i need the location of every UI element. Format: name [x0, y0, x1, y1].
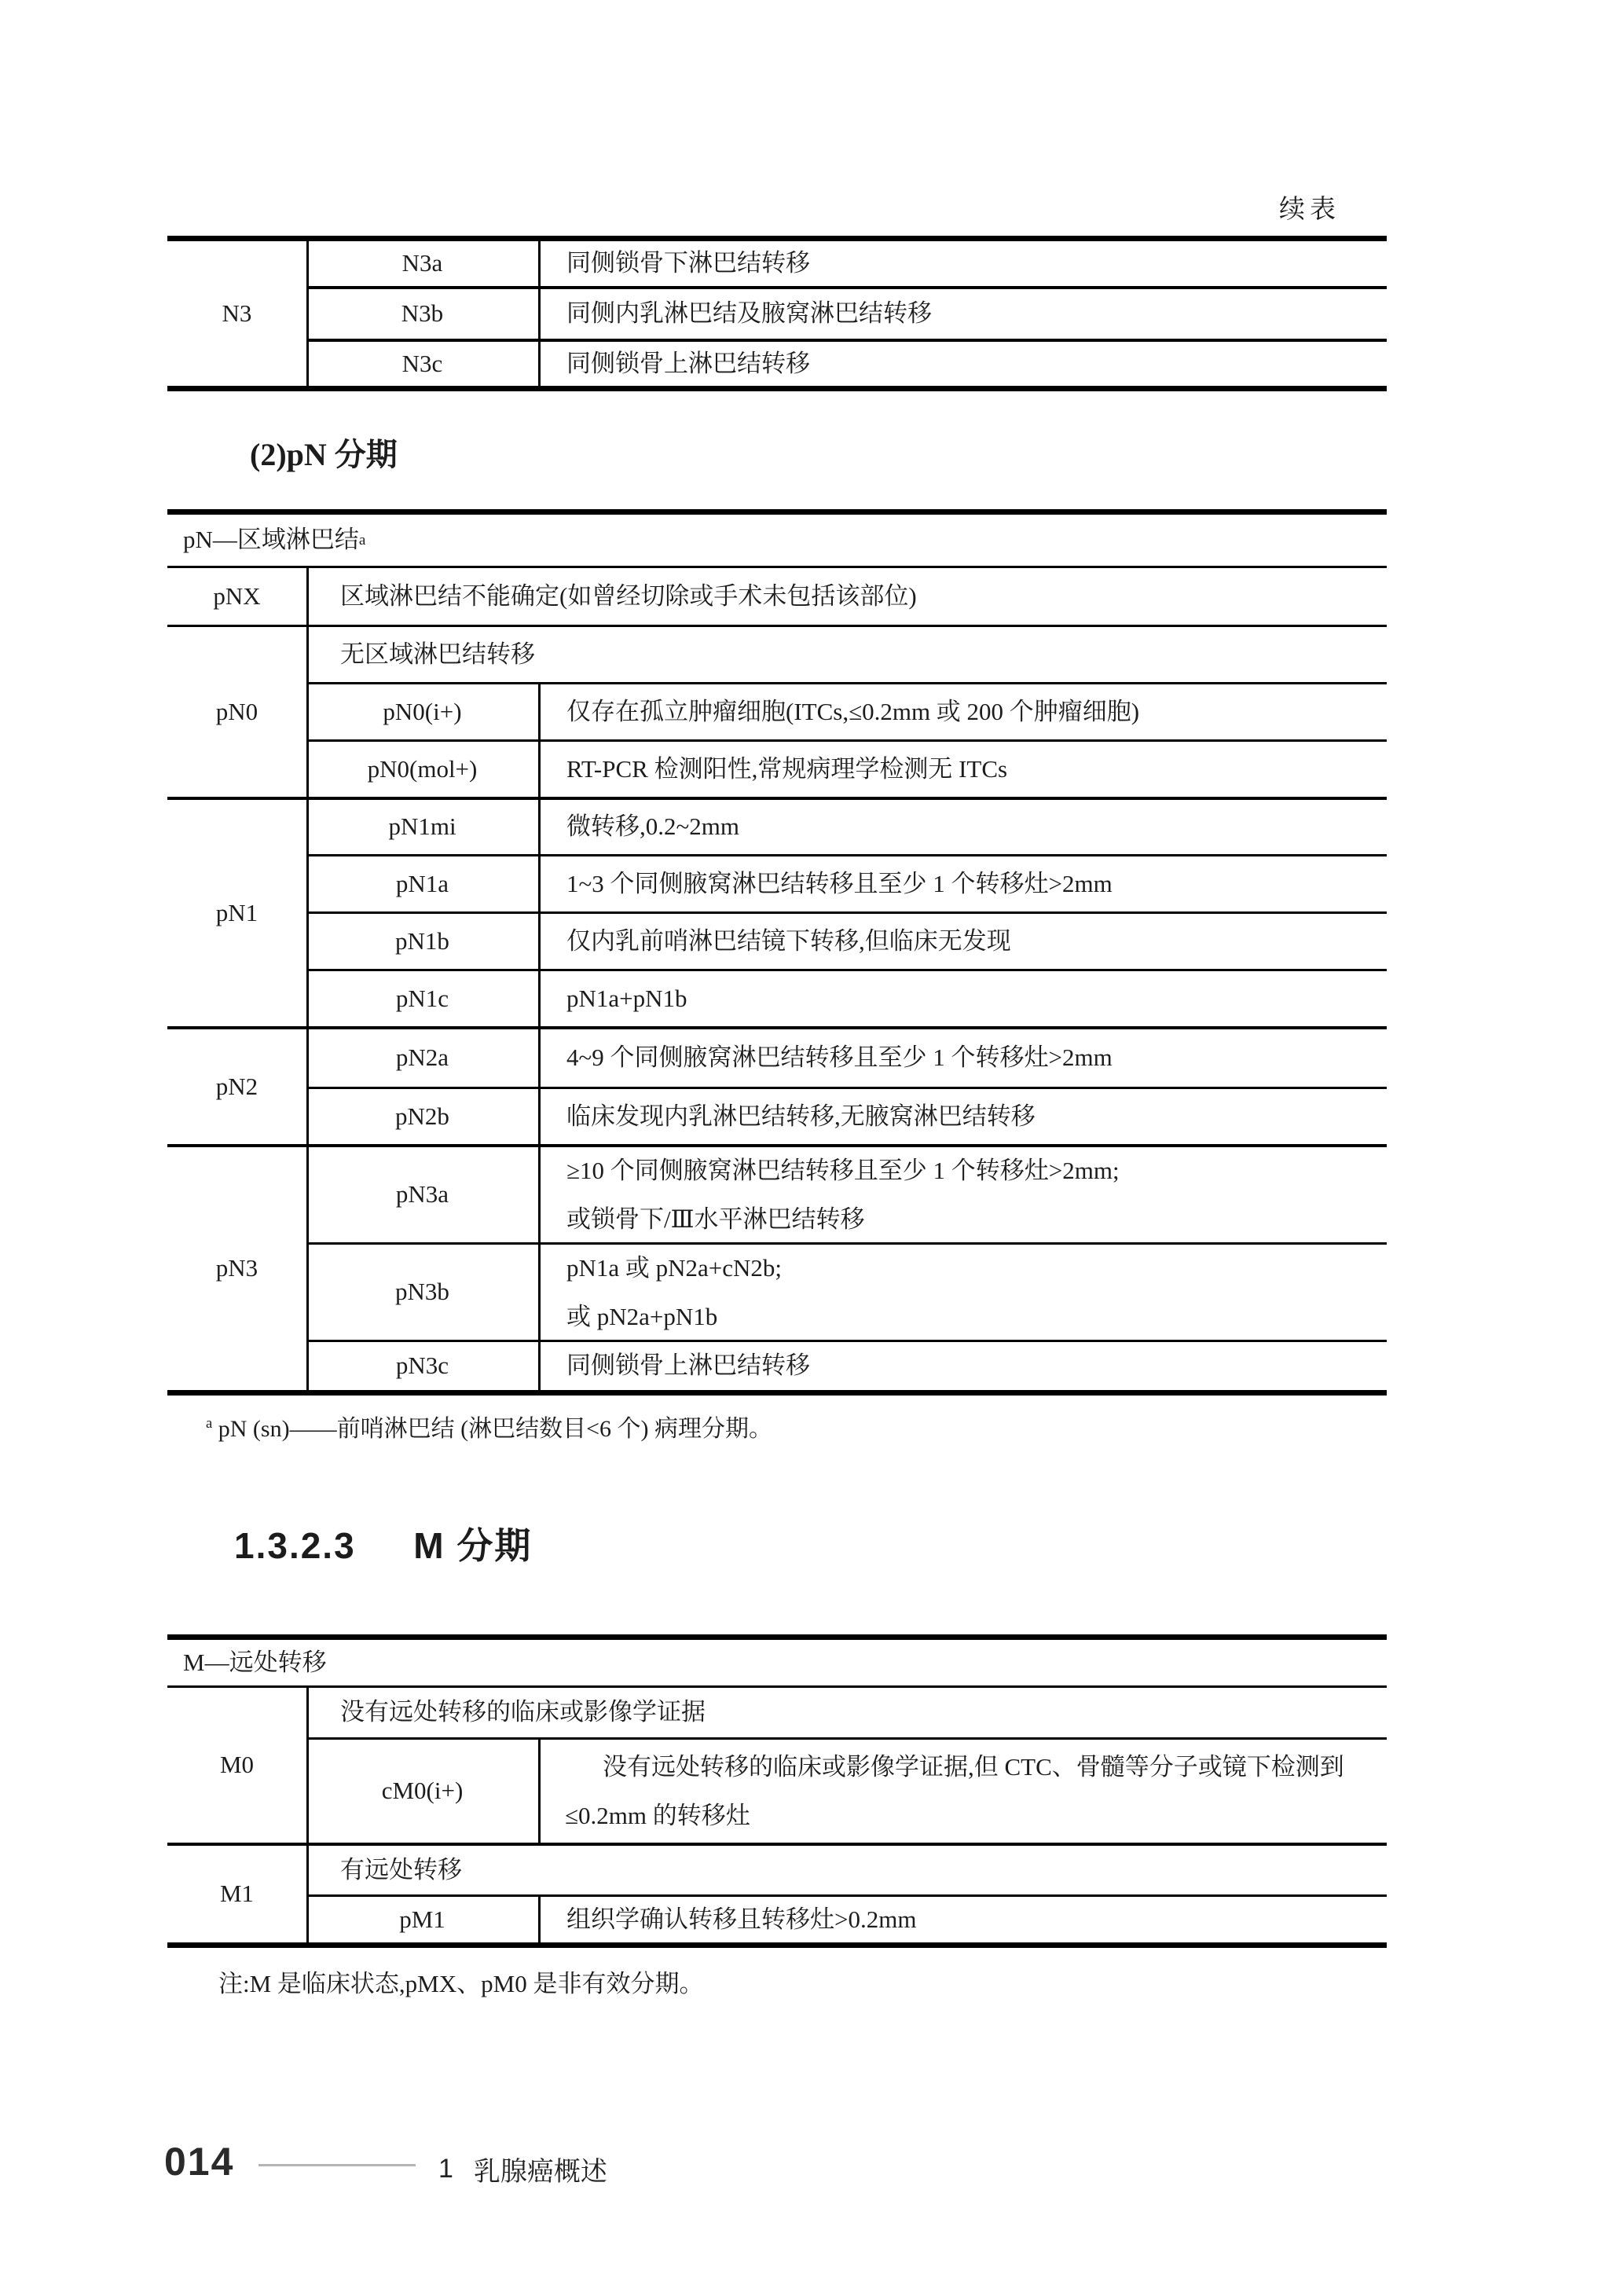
stage-desc-cell: 4~9 个同侧腋窝淋巴结转移且至少 1 个转移灶>2mm [566, 1029, 1384, 1087]
stage-summary-cell: 有远处转移 [340, 1846, 1381, 1894]
stage-desc-cell: 区域淋巴结不能确定(如曾经切除或手术未包括该部位) [340, 568, 1381, 625]
stage-desc-cell: 没有远处转移的临床或影像学证据,但 CTC、骨髓等分子或镜下检测到 ≤0.2mm… [565, 1740, 1387, 1843]
stage-group-cell: M0 [167, 1688, 306, 1843]
stage-desc-cell: 仅存在孤立肿瘤细胞(ITCs,≤0.2mm 或 200 个肿瘤细胞) [566, 684, 1384, 739]
table-title-cell: M—远处转移 [183, 1640, 1362, 1685]
table-border-top [167, 1634, 1387, 1640]
desc-line: 没有远处转移的临床或影像学证据,但 CTC、骨髓等分子或镜下检测到 [565, 1743, 1344, 1792]
footer-chapter: 1 乳腺癌概述 [438, 2150, 607, 2188]
stage-summary-cell: 无区域淋巴结转移 [340, 627, 1381, 682]
stage-code-cell: pN1mi [306, 800, 538, 854]
page-number: 014 [164, 2139, 234, 2184]
stage-code-cell: pN3c [306, 1342, 538, 1390]
pn-stage-table: pN—区域淋巴结a pNX 区域淋巴结不能确定(如曾经切除或手术未包括该部位) … [167, 509, 1387, 1396]
continued-table-label: 续表 [1279, 189, 1340, 226]
stage-code-cell: pN1a [306, 856, 538, 911]
m-stage-table: M—远处转移 M0 没有远处转移的临床或影像学证据 cM0(i+) 没有远处转移… [167, 1634, 1387, 1948]
stage-desc-cell: pN1a+pN1b [566, 971, 1384, 1026]
stage-desc-cell: 临床发现内乳淋巴结转移,无腋窝淋巴结转移 [566, 1089, 1384, 1144]
stage-code-cell: N3b [306, 289, 538, 339]
desc-line: ≥10 个同侧腋窝淋巴结转移且至少 1 个转移灶>2mm; [566, 1146, 1120, 1195]
section-heading-m: 1.3.2.3 M 分期 [234, 1524, 532, 1567]
table-border-bottom [167, 1942, 1387, 1948]
stage-code-cell: pN0(mol+) [306, 742, 538, 797]
column-divider [538, 682, 541, 1390]
stage-group-cell: pNX [167, 568, 306, 625]
footer-rule [258, 2164, 416, 2166]
heading-number: 1.3.2.3 [234, 1525, 356, 1566]
table-footnote: a pN (sn)——前哨淋巴结 (淋巴结数目<6 个) 病理分期。 [206, 1414, 772, 1444]
stage-group-cell: pN3 [167, 1147, 306, 1390]
stage-code-cell: cM0(i+) [306, 1740, 538, 1843]
stage-desc-cell: 1~3 个同侧腋窝淋巴结转移且至少 1 个转移灶>2mm [566, 856, 1384, 911]
stage-code-cell: N3a [306, 241, 538, 286]
stage-code-cell: pN2a [306, 1029, 538, 1087]
table-title: pN—区域淋巴结 [183, 525, 359, 556]
stage-group-cell: N3 [167, 241, 306, 386]
table-border-top [167, 509, 1387, 515]
stage-desc-cell: 同侧锁骨上淋巴结转移 [566, 342, 1384, 386]
stage-code-cell: pN3a [306, 1147, 538, 1242]
footer-chapter-title: 乳腺癌概述 [474, 2150, 607, 2188]
desc-line: ≤0.2mm 的转移灶 [565, 1792, 750, 1840]
table-border-bottom [167, 1390, 1387, 1396]
table-title-cell: pN—区域淋巴结a [183, 515, 1362, 566]
stage-group-cell: M1 [167, 1846, 306, 1942]
stage-code-cell: pN2b [306, 1089, 538, 1144]
stage-summary-cell: 没有远处转移的临床或影像学证据 [340, 1688, 1381, 1737]
table-border-top [167, 236, 1387, 241]
stage-code-cell: pN3b [306, 1245, 538, 1340]
table-note: 注:M 是临床状态,pMX、pM0 是非有效分期。 [218, 1969, 703, 1999]
stage-group-cell: pN0 [167, 627, 306, 797]
footnote-text: pN (sn)——前哨淋巴结 (淋巴结数目<6 个) 病理分期。 [212, 1416, 772, 1442]
table-border-bottom [167, 386, 1387, 391]
desc-line: 或 pN2a+pN1b [566, 1293, 717, 1341]
stage-desc-cell: 同侧内乳淋巴结及腋窝淋巴结转移 [566, 289, 1384, 339]
n-stage-continued-table: N3 N3a 同侧锁骨下淋巴结转移 N3b 同侧内乳淋巴结及腋窝淋巴结转移 N3… [167, 236, 1387, 391]
stage-code-cell: N3c [306, 342, 538, 386]
stage-desc-cell: 仅内乳前哨淋巴结镜下转移,但临床无发现 [566, 914, 1384, 969]
stage-desc-cell: 组织学确认转移且转移灶>0.2mm [566, 1897, 1384, 1942]
stage-desc-cell: pN1a 或 pN2a+cN2b; 或 pN2a+pN1b [566, 1245, 1384, 1340]
stage-code-cell: pM1 [306, 1897, 538, 1942]
column-divider [538, 1737, 541, 1843]
stage-desc-cell: RT-PCR 检测阳性,常规病理学检测无 ITCs [566, 742, 1384, 797]
heading-title: M 分期 [413, 1525, 532, 1566]
section-heading-pn: (2)pN 分期 [250, 437, 398, 473]
column-divider [538, 241, 541, 386]
stage-desc-cell: 同侧锁骨下淋巴结转移 [566, 241, 1384, 286]
stage-code-cell: pN1c [306, 971, 538, 1026]
stage-group-cell: pN1 [167, 800, 306, 1026]
desc-line: pN1a 或 pN2a+cN2b; [566, 1244, 782, 1293]
footer-chapter-number: 1 [438, 2154, 453, 2184]
book-page: { "page": { "continued_label": "续表", "fo… [0, 0, 1624, 2274]
stage-code-cell: pN0(i+) [306, 684, 538, 739]
stage-group-cell: pN2 [167, 1029, 306, 1144]
stage-code-cell: pN1b [306, 914, 538, 969]
stage-desc-cell: 微转移,0.2~2mm [566, 800, 1384, 854]
stage-desc-cell: 同侧锁骨上淋巴结转移 [566, 1342, 1384, 1390]
stage-desc-cell: ≥10 个同侧腋窝淋巴结转移且至少 1 个转移灶>2mm; 或锁骨下/Ⅲ水平淋巴… [566, 1147, 1384, 1242]
desc-line: 或锁骨下/Ⅲ水平淋巴结转移 [566, 1195, 865, 1244]
column-divider [538, 1894, 541, 1942]
